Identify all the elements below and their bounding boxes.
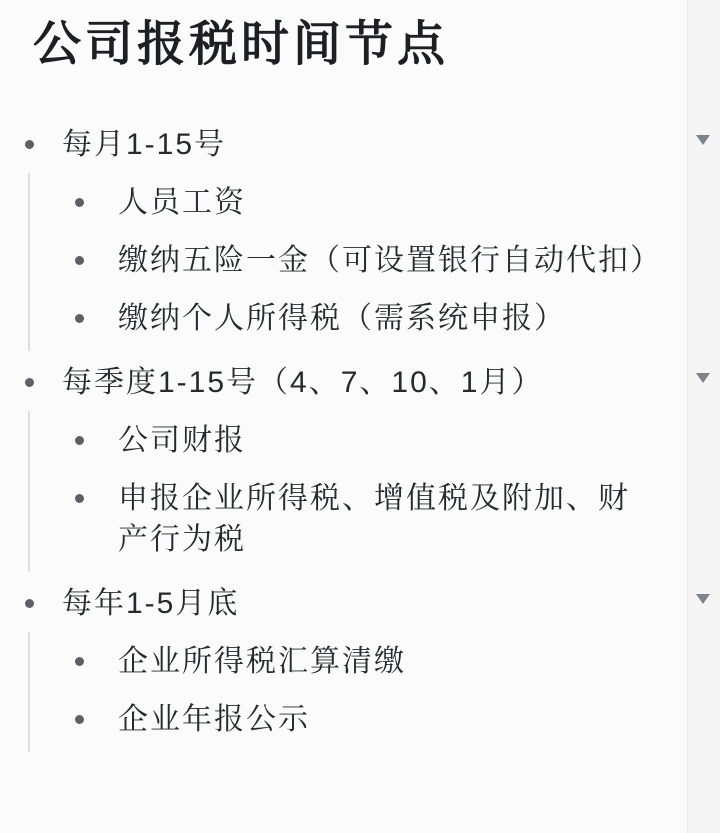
- outline-row-label[interactable]: 每年1-5月底: [62, 583, 239, 624]
- outline-children: 企业所得税汇算清缴 企业年报公示: [0, 641, 720, 757]
- outline-row-label[interactable]: 每季度1-15号（4、7、10、1月）: [62, 362, 543, 403]
- document-content: 公司报税时间节点 每月1-15号 人员工资: [0, 0, 720, 757]
- outline-row-level1[interactable]: 每季度1-15号（4、7、10、1月）: [0, 362, 720, 420]
- bullet-icon[interactable]: [75, 715, 84, 724]
- bullet-icon[interactable]: [25, 599, 34, 608]
- bullet-icon[interactable]: [75, 657, 84, 666]
- page-title[interactable]: 公司报税时间节点: [33, 14, 680, 76]
- outline-row-label[interactable]: 缴纳五险一金（可设置银行自动代扣）: [118, 240, 651, 281]
- outline-row-level2[interactable]: 公司财报: [0, 420, 720, 478]
- bullet-icon[interactable]: [75, 314, 84, 323]
- outline-children: 人员工资 缴纳五险一金（可设置银行自动代扣） 缴纳个人所得税（需系统申报）: [0, 182, 720, 356]
- outline-node: 每季度1-15号（4、7、10、1月） 公司财报 申报企业所得税、增值税及附加、…: [0, 362, 720, 577]
- bullet-icon[interactable]: [75, 436, 84, 445]
- collapse-button[interactable]: [696, 141, 711, 151]
- outline-node: 每年1-5月底 企业所得税汇算清缴 企业年报公示: [0, 583, 720, 757]
- outline-row-label[interactable]: 人员工资: [118, 182, 246, 223]
- outline-row-label[interactable]: 企业所得税汇算清缴: [118, 641, 406, 682]
- triangle-down-icon: [696, 135, 710, 178]
- outline-row-level2[interactable]: 缴纳五险一金（可设置银行自动代扣）: [0, 240, 720, 298]
- outline-row-label[interactable]: 公司财报: [118, 420, 246, 461]
- outline-row-level2[interactable]: 缴纳个人所得税（需系统申报）: [0, 298, 720, 356]
- triangle-down-icon: [696, 594, 710, 637]
- triangle-down-icon: [696, 373, 710, 416]
- outline-row-level1[interactable]: 每月1-15号: [0, 124, 720, 182]
- bullet-icon[interactable]: [75, 494, 84, 503]
- outline-row-label[interactable]: 企业年报公示: [118, 699, 310, 740]
- outline-row-level2[interactable]: 企业年报公示: [0, 699, 720, 757]
- outline-list: 每月1-15号 人员工资 缴纳五险一金（可设置银行自动代扣）: [0, 124, 720, 757]
- outline-row-level1[interactable]: 每年1-5月底: [0, 583, 720, 641]
- outline-row-level2[interactable]: 申报企业所得税、增值税及附加、财产行为税: [0, 478, 720, 577]
- outline-row-level2[interactable]: 企业所得税汇算清缴: [0, 641, 720, 699]
- outline-row-label[interactable]: 每月1-15号: [62, 124, 226, 165]
- bullet-icon[interactable]: [75, 198, 84, 207]
- outline-node: 每月1-15号 人员工资 缴纳五险一金（可设置银行自动代扣）: [0, 124, 720, 356]
- outline-row-label[interactable]: 缴纳个人所得税（需系统申报）: [118, 298, 566, 339]
- collapse-button[interactable]: [696, 379, 711, 389]
- bullet-icon[interactable]: [25, 378, 34, 387]
- outline-row-label[interactable]: 申报企业所得税、增值税及附加、财产行为税: [118, 478, 651, 560]
- outline-children: 公司财报 申报企业所得税、增值税及附加、财产行为税: [0, 420, 720, 577]
- bullet-icon[interactable]: [25, 140, 34, 149]
- outliner-page: 公司报税时间节点 每月1-15号 人员工资: [0, 0, 720, 833]
- collapse-button[interactable]: [696, 600, 711, 610]
- bullet-icon[interactable]: [75, 256, 84, 265]
- outline-row-level2[interactable]: 人员工资: [0, 182, 720, 240]
